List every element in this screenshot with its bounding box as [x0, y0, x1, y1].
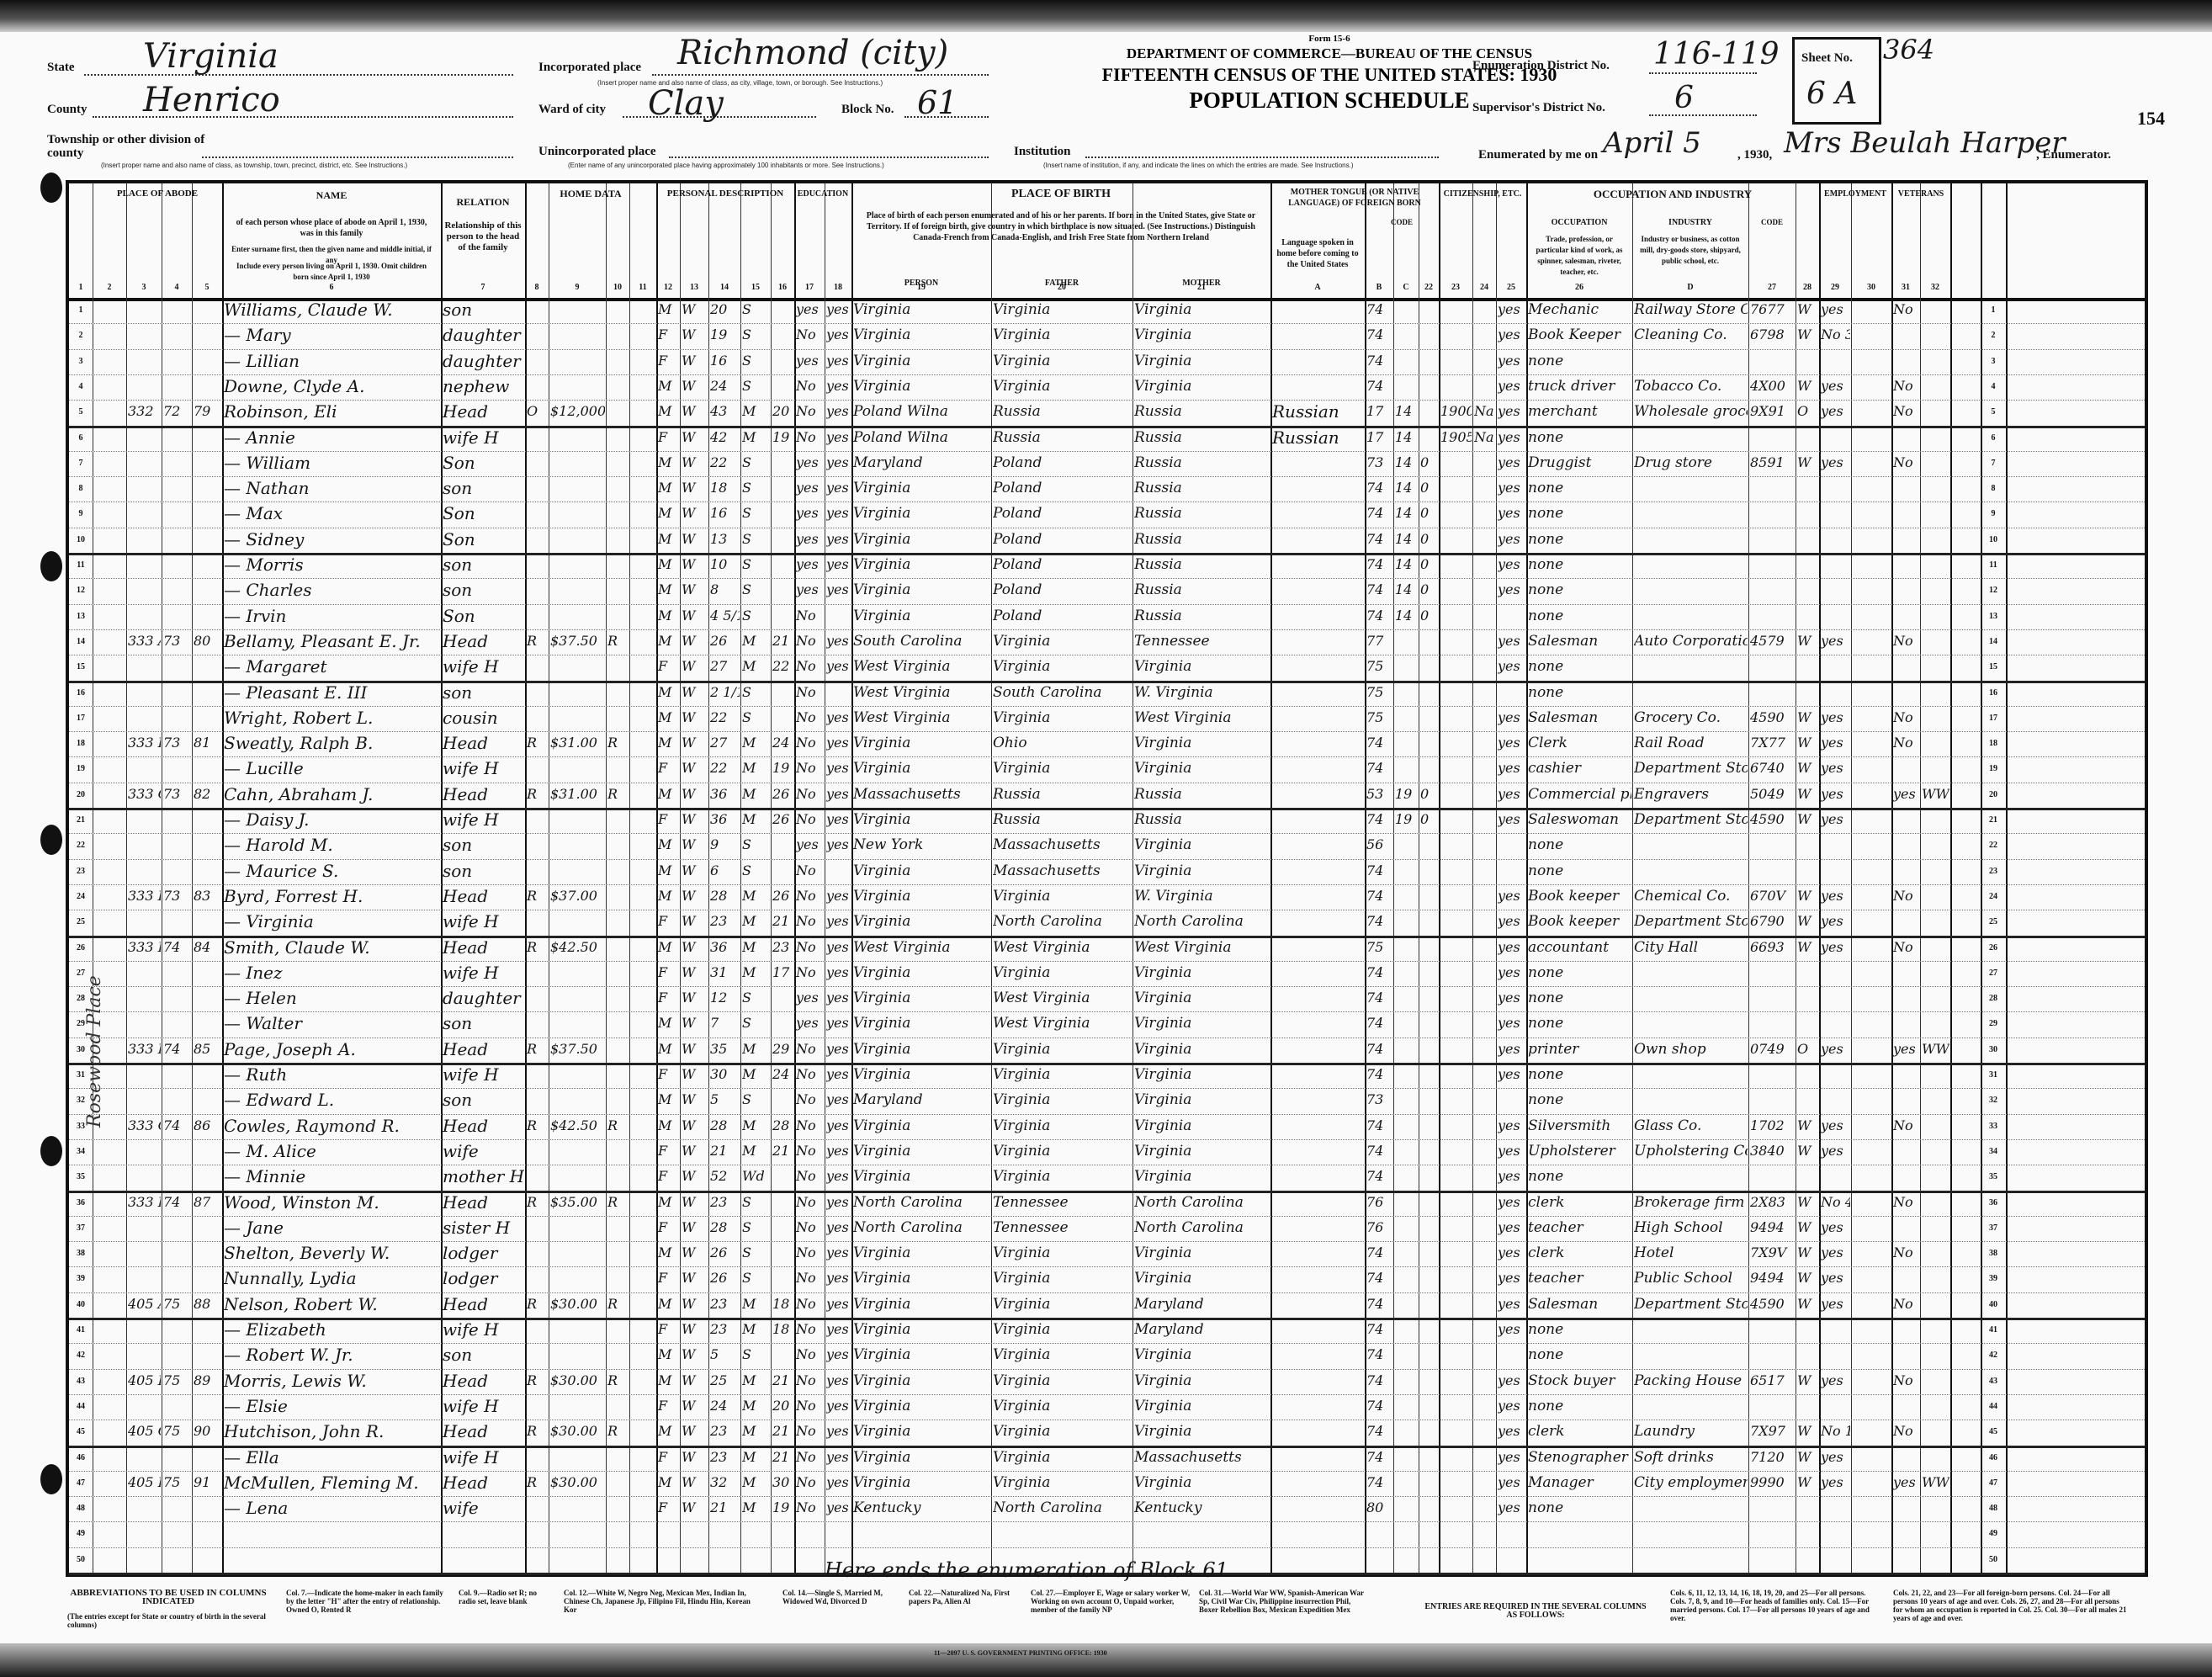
cell-race: W [682, 529, 708, 549]
cell-bp: Virginia [853, 478, 990, 498]
cell-name: — Edward L. [224, 1090, 440, 1110]
cell-code: 75 [1366, 682, 1392, 703]
cell-rel: lodger [443, 1243, 524, 1263]
cell-ca: 14 [1395, 453, 1418, 473]
cell-value: $37.50 [550, 1039, 605, 1059]
cell-race: W [682, 503, 708, 523]
cell-name: Nelson, Robert W. [224, 1294, 440, 1314]
cell-bp: Virginia [853, 988, 990, 1008]
cell-emp: yes [1821, 1116, 1850, 1136]
cell-mbp: Massachusetts [1134, 1447, 1270, 1467]
table-row: 1818333 B7381Sweatly, Ralph B.HeadR$31.0… [69, 731, 2006, 756]
cell-nat: Na [1474, 401, 1495, 422]
cell-emp: No 4 [1821, 1192, 1850, 1213]
cell-age: 24 [710, 1396, 740, 1416]
ed-label: Enumeration District No. [1472, 59, 1610, 73]
cell-rel: son [443, 478, 524, 498]
cell-ms: M [742, 656, 770, 677]
cell-ms: M [742, 1039, 770, 1059]
cell-cow: W [1797, 809, 1818, 830]
column-number: 1 [69, 283, 93, 292]
cell-eng: yes [1498, 1268, 1525, 1288]
cell-cb: 0 [1420, 606, 1438, 626]
cell-house: 405 D [128, 1473, 161, 1493]
cell-vet: No [1893, 631, 1919, 651]
table-row: 3333333 G7486Cowles, Raymond R.HeadR$42.… [69, 1114, 2006, 1139]
cell-occ: none [1528, 1090, 1631, 1110]
cell-ms: M [742, 911, 770, 931]
cell-age: 43 [710, 401, 740, 422]
cell-cow: W [1797, 1243, 1818, 1263]
cell-ocode: 3840 [1750, 1141, 1795, 1161]
cell-rel: mother H [443, 1166, 524, 1186]
cell-school: No [796, 427, 824, 448]
table-row: 2424333 D7383Byrd, Forrest H.HeadR$37.00… [69, 884, 2006, 910]
cell-ms: M [742, 1473, 770, 1493]
cell-ocode: 4590 [1750, 708, 1795, 728]
line-number: 7 [70, 459, 92, 468]
cell-sex: F [658, 325, 679, 345]
cell-age: 26 [710, 1243, 740, 1263]
cell-read: yes [826, 325, 851, 345]
cell-read: yes [826, 1473, 851, 1493]
cell-ocode: 4590 [1750, 809, 1795, 830]
cell-cb: 0 [1420, 453, 1438, 473]
cell-school: No [796, 606, 824, 626]
cell-name: — Minnie [224, 1166, 440, 1186]
cell-bp: Virginia [853, 1268, 990, 1288]
cell-age: 12 [710, 988, 740, 1008]
cell-ms: M [742, 1447, 770, 1467]
cell-read: yes [826, 1116, 851, 1136]
cell-ms: M [742, 1141, 770, 1161]
cell-bp: Virginia [853, 1319, 990, 1340]
cell-ca: 14 [1395, 503, 1418, 523]
line-number: 12 [70, 586, 92, 595]
employment-header: EMPLOYMENT [1819, 188, 1891, 199]
cell-emp: yes [1821, 300, 1850, 320]
cell-cow: W [1797, 631, 1818, 651]
cell-ocode: 7X77 [1750, 733, 1795, 753]
cell-rel: son [443, 861, 524, 881]
cell-age: 27 [710, 656, 740, 677]
line-number-right: 13 [1982, 612, 2004, 621]
cell-age: 24 [710, 376, 740, 396]
street-margin-note: Rosewood Place [84, 975, 105, 1128]
abbrev-title: ABBREVIATIONS TO BE USED IN COLUMNS INDI… [67, 1589, 269, 1605]
cell-occ: none [1528, 555, 1631, 575]
cell-family: 83 [194, 886, 221, 906]
column-number: 30 [1851, 283, 1891, 292]
cell-ms: S [742, 555, 770, 575]
cell-sex: M [658, 631, 679, 651]
ward-value: Clay [648, 84, 724, 123]
cell-code: 74 [1366, 606, 1392, 626]
cell-code: 77 [1366, 631, 1392, 651]
cell-mbp: Russia [1134, 453, 1270, 473]
cell-fbp: Poland [993, 503, 1132, 523]
cell-sex: M [658, 1192, 679, 1213]
cell-ocode: 9494 [1750, 1218, 1795, 1238]
cell-eng: yes [1498, 784, 1525, 804]
cell-rel: son [443, 1090, 524, 1110]
cell-radio: R [607, 1192, 629, 1213]
cell-school: No [796, 656, 824, 677]
line-number: 2 [70, 331, 92, 340]
cell-race: W [682, 1294, 708, 1314]
cell-cow: W [1797, 708, 1818, 728]
cell-sex: M [658, 1013, 679, 1033]
cell-cow: W [1797, 1141, 1818, 1161]
cell-fbp: Virginia [993, 1039, 1132, 1059]
cell-sex: M [658, 529, 679, 549]
cell-cow: W [1797, 1447, 1818, 1467]
cell-cb: 0 [1420, 784, 1438, 804]
cell-eng: yes [1498, 401, 1525, 422]
line-number: 41 [70, 1325, 92, 1335]
cell-ind: Packing House [1634, 1371, 1748, 1391]
cell-war: WW [1922, 1473, 1949, 1493]
cell-tenure: R [527, 937, 548, 958]
column-number: 23 [1439, 283, 1472, 292]
punch-hole [40, 551, 62, 581]
cell-value: $30.00 [550, 1294, 605, 1314]
cell-occ: none [1528, 1396, 1631, 1416]
cell-dwelling: 72 [163, 401, 191, 422]
cell-rel: Head [443, 937, 524, 958]
cell-ocode: 4X00 [1750, 376, 1795, 396]
cell-code: 74 [1366, 529, 1392, 549]
cell-rel: wife H [443, 427, 524, 448]
cell-read: yes [826, 529, 851, 549]
cell-mbp: Russia [1134, 529, 1270, 549]
line-number-right: 36 [1982, 1198, 2004, 1207]
cell-occ: none [1528, 503, 1631, 523]
cell-ca: 19 [1395, 809, 1418, 830]
cell-house: 332 [128, 401, 161, 422]
line-number-right: 9 [1982, 509, 2004, 518]
occupation-group-header: OCCUPATION AND INDUSTRY [1526, 188, 1819, 199]
footnote-col22: Col. 22.—Naturalized Na, First papers Pa… [909, 1589, 1018, 1605]
cell-code: 74 [1366, 886, 1392, 906]
cell-mbp: Russia [1134, 401, 1270, 422]
cell-rel: daughter [443, 325, 524, 345]
cell-age: 13 [710, 529, 740, 549]
cell-fbp: Massachusetts [993, 861, 1132, 881]
cell-tenure: R [527, 733, 548, 753]
cell-mbp: Tennessee [1134, 631, 1270, 651]
cell-name: — Helen [224, 988, 440, 1008]
cell-code: 74 [1366, 1166, 1392, 1186]
cell-eng: yes [1498, 1396, 1525, 1416]
cell-dwelling: 73 [163, 733, 191, 753]
cell-age: 5 [710, 1345, 740, 1365]
cell-fbp: Massachusetts [993, 835, 1132, 855]
cell-eng: yes [1498, 733, 1525, 753]
state-value: Virginia [143, 37, 278, 76]
cell-read: yes [826, 1013, 851, 1033]
table-row: 99— MaxSonMW16SyesyesVirginiaPolandRussi… [69, 502, 2006, 527]
cell-name: McMullen, Fleming M. [224, 1473, 440, 1493]
cell-age: 4 5/12 [710, 606, 740, 626]
cell-name: — Jane [224, 1218, 440, 1238]
cell-ocode: 1702 [1750, 1116, 1795, 1136]
cell-emp: yes [1821, 631, 1850, 651]
table-row: 1111— MorrissonMW10SyesyesVirginiaPoland… [69, 553, 2006, 578]
line-number-right: 3 [1982, 357, 2004, 366]
cell-read: yes [826, 1192, 851, 1213]
cell-code: 74 [1366, 911, 1392, 931]
cell-school: No [796, 1498, 824, 1518]
cell-sex: M [658, 1243, 679, 1263]
cell-ind: Department Store [1634, 809, 1748, 830]
cell-read: yes [826, 631, 851, 651]
cell-race: W [682, 784, 708, 804]
cell-ms: S [742, 835, 770, 855]
cell-occ: none [1528, 1064, 1631, 1085]
line-number-right: 30 [1982, 1045, 2004, 1054]
cell-bp: North Carolina [853, 1192, 990, 1213]
cell-age: 21 [710, 1498, 740, 1518]
cell-age: 28 [710, 1218, 740, 1238]
cell-school: No [796, 1090, 824, 1110]
cell-bp: Virginia [853, 351, 990, 371]
cell-agem: 29 [772, 1039, 793, 1059]
cell-age: 31 [710, 963, 740, 983]
cell-code: 75 [1366, 656, 1392, 677]
cell-rel: nephew [443, 376, 524, 396]
cell-rel: Head [443, 1473, 524, 1493]
cell-mbp: Virginia [1134, 351, 1270, 371]
cell-cow: W [1797, 1268, 1818, 1288]
cell-read: yes [826, 911, 851, 931]
cell-occ: Salesman [1528, 1294, 1631, 1314]
table-row: 4949 [69, 1521, 2006, 1547]
cell-value: $42.50 [550, 937, 605, 958]
cell-age: 22 [710, 708, 740, 728]
cell-ms: M [742, 963, 770, 983]
table-row: 4343405 B7589Morris, Lewis W.HeadR$30.00… [69, 1369, 2006, 1394]
line-number: 16 [70, 688, 92, 698]
cell-occ: none [1528, 835, 1631, 855]
cell-race: W [682, 453, 708, 473]
cell-vet: No [1893, 733, 1919, 753]
cell-race: W [682, 656, 708, 677]
cell-read: yes [826, 555, 851, 575]
cell-ocode: 5049 [1750, 784, 1795, 804]
cell-occ: Book Keeper [1528, 325, 1631, 345]
cell-ind: Engravers [1634, 784, 1748, 804]
cell-bp: Virginia [853, 1345, 990, 1365]
column-number: 4 [162, 283, 192, 292]
table-row: 1717Wright, Robert L.cousinMW22SNoyesWes… [69, 706, 2006, 731]
cell-ind: City employment agency [1634, 1473, 1748, 1493]
cell-mbp: Russia [1134, 784, 1270, 804]
cell-race: W [682, 988, 708, 1008]
cell-ms: M [742, 1116, 770, 1136]
cell-cow: W [1797, 1294, 1818, 1314]
column-number: 11 [629, 283, 656, 292]
cell-name: — Virginia [224, 911, 440, 931]
cell-tenure: R [527, 1421, 548, 1441]
cell-occ: truck driver [1528, 376, 1631, 396]
cell-school: No [796, 937, 824, 958]
footnote-col31: Col. 31.—World War WW, Spanish-American … [1199, 1589, 1367, 1614]
cell-radio: R [607, 1421, 629, 1441]
punch-hole [40, 1136, 62, 1166]
cell-agem: 21 [772, 1371, 793, 1391]
cell-emp: yes [1821, 937, 1850, 958]
line-number: 46 [70, 1453, 92, 1462]
cell-rel: wife H [443, 1319, 524, 1340]
cell-school: No [796, 1192, 824, 1213]
cell-fbp: Tennessee [993, 1218, 1132, 1238]
tongue-code: CODE [1365, 217, 1439, 228]
cell-school: No [796, 401, 824, 422]
cell-rel: wife H [443, 911, 524, 931]
line-number: 19 [70, 764, 92, 773]
cell-rel: cousin [443, 708, 524, 728]
line-number: 17 [70, 714, 92, 723]
cell-radio: R [607, 631, 629, 651]
cell-fbp: Virginia [993, 708, 1132, 728]
cell-cb: 0 [1420, 809, 1438, 830]
cell-eng: yes [1498, 1447, 1525, 1467]
cell-bp: West Virginia [853, 656, 990, 677]
table-row: 11Williams, Claude W.sonMW20SyesyesVirgi… [69, 298, 2006, 323]
cell-race: W [682, 861, 708, 881]
cell-race: W [682, 758, 708, 778]
cell-mbp: Virginia [1134, 656, 1270, 677]
unincorporated-label: Unincorporated place [538, 145, 656, 159]
column-number: 22 [1419, 283, 1439, 292]
cell-ocode: 7X97 [1750, 1421, 1795, 1441]
cell-tenure: R [527, 1371, 548, 1391]
table-row: 2525— Virginiawife HFW23M21NoyesVirginia… [69, 910, 2006, 935]
cell-rel: Head [443, 784, 524, 804]
cell-vet: No [1893, 1371, 1919, 1391]
cell-bp: Virginia [853, 758, 990, 778]
cell-occ: none [1528, 529, 1631, 549]
footnote-col12: Col. 12.—White W, Negro Neg, Mexican Mex… [564, 1589, 757, 1614]
cell-occ: Book keeper [1528, 911, 1631, 931]
cell-house: 333 F [128, 1039, 161, 1059]
cell-family: 84 [194, 937, 221, 958]
table-row: 4646— Ellawife HFW23M21NoyesVirginiaVirg… [69, 1446, 2006, 1471]
cell-mbp: North Carolina [1134, 911, 1270, 931]
column-number: 28 [1796, 283, 1819, 292]
cell-ms: S [742, 1268, 770, 1288]
occ-code-header: CODE [1748, 217, 1796, 228]
cell-mbp: Virginia [1134, 1090, 1270, 1110]
cell-bp: West Virginia [853, 682, 990, 703]
cell-age: 42 [710, 427, 740, 448]
column-number: 32 [1920, 283, 1950, 292]
cell-race: W [682, 1371, 708, 1391]
line-number: 25 [70, 917, 92, 926]
cell-dwelling: 73 [163, 886, 191, 906]
cell-bp: Virginia [853, 325, 990, 345]
cell-emp: No 15 [1821, 1421, 1850, 1441]
cell-dwelling: 74 [163, 1192, 191, 1213]
column-number: D [1632, 283, 1748, 292]
cell-agem: 19 [772, 427, 793, 448]
cell-school: No [796, 1064, 824, 1085]
cell-mbp: Virginia [1134, 1473, 1270, 1493]
cell-age: 23 [710, 1319, 740, 1340]
cell-name: — Elsie [224, 1396, 440, 1416]
cell-emp: yes [1821, 1243, 1850, 1263]
cell-code: 74 [1366, 963, 1392, 983]
cell-ms: S [742, 325, 770, 345]
cell-school: No [796, 1447, 824, 1467]
cell-code: 74 [1366, 351, 1392, 371]
column-number: 3 [126, 283, 162, 292]
cell-code: 74 [1366, 1039, 1392, 1059]
cell-code: 74 [1366, 555, 1392, 575]
cell-rel: son [443, 835, 524, 855]
cell-read: yes [826, 1141, 851, 1161]
cell-ind: Tobacco Co. [1634, 376, 1748, 396]
cell-cb: 0 [1420, 555, 1438, 575]
cell-fbp: Virginia [993, 1396, 1132, 1416]
cell-house: 333 A [128, 631, 161, 651]
cell-rel: Son [443, 606, 524, 626]
line-number: 1 [70, 305, 92, 315]
cell-school: No [796, 1141, 824, 1161]
cell-mbp: Virginia [1134, 325, 1270, 345]
cell-code: 74 [1366, 1396, 1392, 1416]
cell-emp: yes [1821, 886, 1850, 906]
cell-bp: Kentucky [853, 1498, 990, 1518]
cell-dwelling: 75 [163, 1294, 191, 1314]
cell-vet: No [1893, 1192, 1919, 1213]
cell-name: Nunnally, Lydia [224, 1268, 440, 1288]
cell-rel: wife H [443, 1396, 524, 1416]
table-row: 3030333 F7485Page, Joseph A.HeadR$37.50M… [69, 1038, 2006, 1063]
cell-rel: Head [443, 1039, 524, 1059]
cell-cow: W [1797, 733, 1818, 753]
column-number: 15 [740, 283, 771, 292]
cell-family: 79 [194, 401, 221, 422]
cell-eng: yes [1498, 886, 1525, 906]
line-number-right: 20 [1982, 790, 2004, 799]
cell-age: 30 [710, 1064, 740, 1085]
cell-ind: Auto Corporation [1634, 631, 1748, 651]
cell-name: Wood, Winston M. [224, 1192, 440, 1213]
cell-age: 2 1/12 [710, 682, 740, 703]
cell-school: yes [796, 988, 824, 1008]
cell-occ: Commercial photographer [1528, 784, 1631, 804]
cell-house: 405 A [128, 1294, 161, 1314]
cell-value: $30.00 [550, 1371, 605, 1391]
cell-ca: 14 [1395, 427, 1418, 448]
cell-house: 333 C [128, 784, 161, 804]
table-row: 4141— Elizabethwife HFW23M18NoyesVirgini… [69, 1318, 2006, 1343]
cell-ocode: 7X9V [1750, 1243, 1795, 1263]
cell-rel: wife H [443, 656, 524, 677]
cell-mbp: Maryland [1134, 1294, 1270, 1314]
cell-sex: M [658, 1039, 679, 1059]
cell-code: 75 [1366, 708, 1392, 728]
cell-bp: Virginia [853, 733, 990, 753]
cell-name: — Annie [224, 427, 440, 448]
enumerated-date: April 5 [1603, 126, 1701, 160]
cell-school: No [796, 1294, 824, 1314]
cell-occ: merchant [1528, 401, 1631, 422]
table-row: 4545405 C7590Hutchison, John R.HeadR$30.… [69, 1420, 2006, 1445]
cell-family: 90 [194, 1421, 221, 1441]
